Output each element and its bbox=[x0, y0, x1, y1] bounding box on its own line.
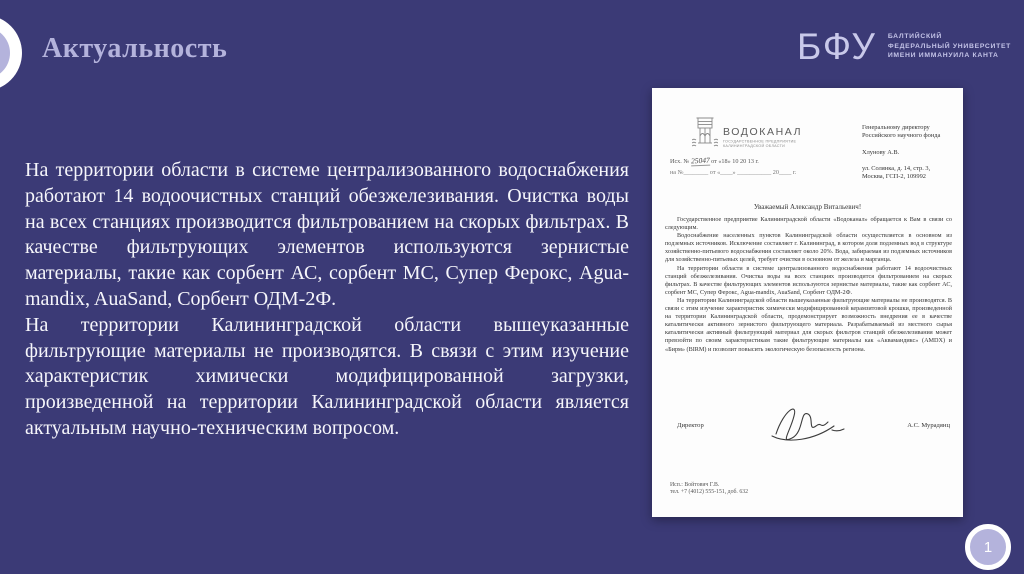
ref-number-handwritten: 25047 bbox=[691, 156, 710, 167]
executor-phone: тел. +7 (4012) 555-151, доб. 632 bbox=[670, 489, 748, 496]
university-logo-abbr: БФУ bbox=[797, 28, 877, 65]
vodokanal-name-block: ВОДОКАНАЛ ГОСУДАРСТВЕННОЕ ПРЕДПРИЯТИЕ КА… bbox=[723, 116, 841, 155]
ref-date: от «18» 10 20 13 г. bbox=[711, 158, 759, 165]
university-logo-line2: ФЕДЕРАЛЬНЫЙ УНИВЕРСИТЕТ bbox=[888, 42, 1011, 52]
university-logo: БФУ БАЛТИЙСКИЙ ФЕДЕРАЛЬНЫЙ УНИВЕРСИТЕТ И… bbox=[797, 28, 1011, 65]
body-paragraph-2: На территории Калининградской области вы… bbox=[25, 313, 629, 442]
vodokanal-name: ВОДОКАНАЛ bbox=[723, 126, 841, 138]
recipient-line2: Российского научного фонда bbox=[862, 132, 957, 140]
body-paragraph-1: На территории области в системе централи… bbox=[25, 158, 629, 313]
signature-image bbox=[770, 400, 852, 450]
page-number: 1 bbox=[984, 539, 992, 556]
signature-name: А.С. Мурадянц bbox=[907, 422, 950, 429]
recipient-block: Генеральному директору Российского научн… bbox=[862, 124, 957, 181]
signature-position: Директор bbox=[677, 422, 704, 429]
letter-body: Государственное предприятие Калининградс… bbox=[665, 216, 952, 354]
letter-greeting: Уважаемый Александр Витальевич! bbox=[652, 203, 963, 211]
letter-paragraph-3: На территории области в системе централи… bbox=[665, 265, 952, 297]
university-logo-line1: БАЛТИЙСКИЙ bbox=[888, 32, 1011, 42]
university-logo-line3: ИМЕНИ ИММАНУИЛА КАНТА bbox=[888, 51, 1011, 61]
corner-circle-inner bbox=[0, 27, 10, 79]
recipient-name: Хлунову А.В. bbox=[862, 149, 957, 157]
university-logo-text: БАЛТИЙСКИЙ ФЕДЕРАЛЬНЫЙ УНИВЕРСИТЕТ ИМЕНИ… bbox=[888, 32, 1011, 61]
slide-body-text: На территории области в системе централи… bbox=[25, 158, 629, 442]
letter-paragraph-2: Водоснабжение населенных пунктов Калинин… bbox=[665, 232, 952, 264]
recipient-address1: ул. Солянка, д. 14, стр. 3, bbox=[862, 165, 957, 173]
letter-document: ВОДОКАНАЛ ГОСУДАРСТВЕННОЕ ПРЕДПРИЯТИЕ КА… bbox=[652, 88, 963, 517]
recipient-line1: Генеральному директору bbox=[862, 124, 957, 132]
ref-second-line: на №________ от «____» ___________ 20___… bbox=[670, 169, 840, 176]
ref-label: Исх. № bbox=[670, 158, 689, 165]
water-tower-icon bbox=[692, 116, 718, 155]
vodokanal-subtitle: ГОСУДАРСТВЕННОЕ ПРЕДПРИЯТИЕ КАЛИНИНГРАДС… bbox=[723, 140, 796, 149]
letter-paragraph-4: На территории Калининградской области вы… bbox=[665, 297, 952, 354]
presentation-slide: Актуальность БФУ БАЛТИЙСКИЙ ФЕДЕРАЛЬНЫЙ … bbox=[0, 0, 1024, 574]
recipient-address2: Москва, ГСП-2, 109992 bbox=[862, 173, 957, 181]
page-title: Актуальность bbox=[42, 33, 227, 65]
corner-circle-decoration bbox=[0, 15, 22, 91]
page-number-badge: 1 bbox=[965, 524, 1011, 570]
ref-number-line: Исх. № 25047 от «18» 10 20 13 г. bbox=[670, 156, 830, 166]
vodokanal-letterhead: ВОДОКАНАЛ ГОСУДАРСТВЕННОЕ ПРЕДПРИЯТИЕ КА… bbox=[692, 116, 841, 155]
executor-block: Исп.: Войтович Г.В. тел. +7 (4012) 555-1… bbox=[670, 482, 748, 496]
letter-paragraph-1: Государственное предприятие Калининградс… bbox=[665, 216, 952, 232]
